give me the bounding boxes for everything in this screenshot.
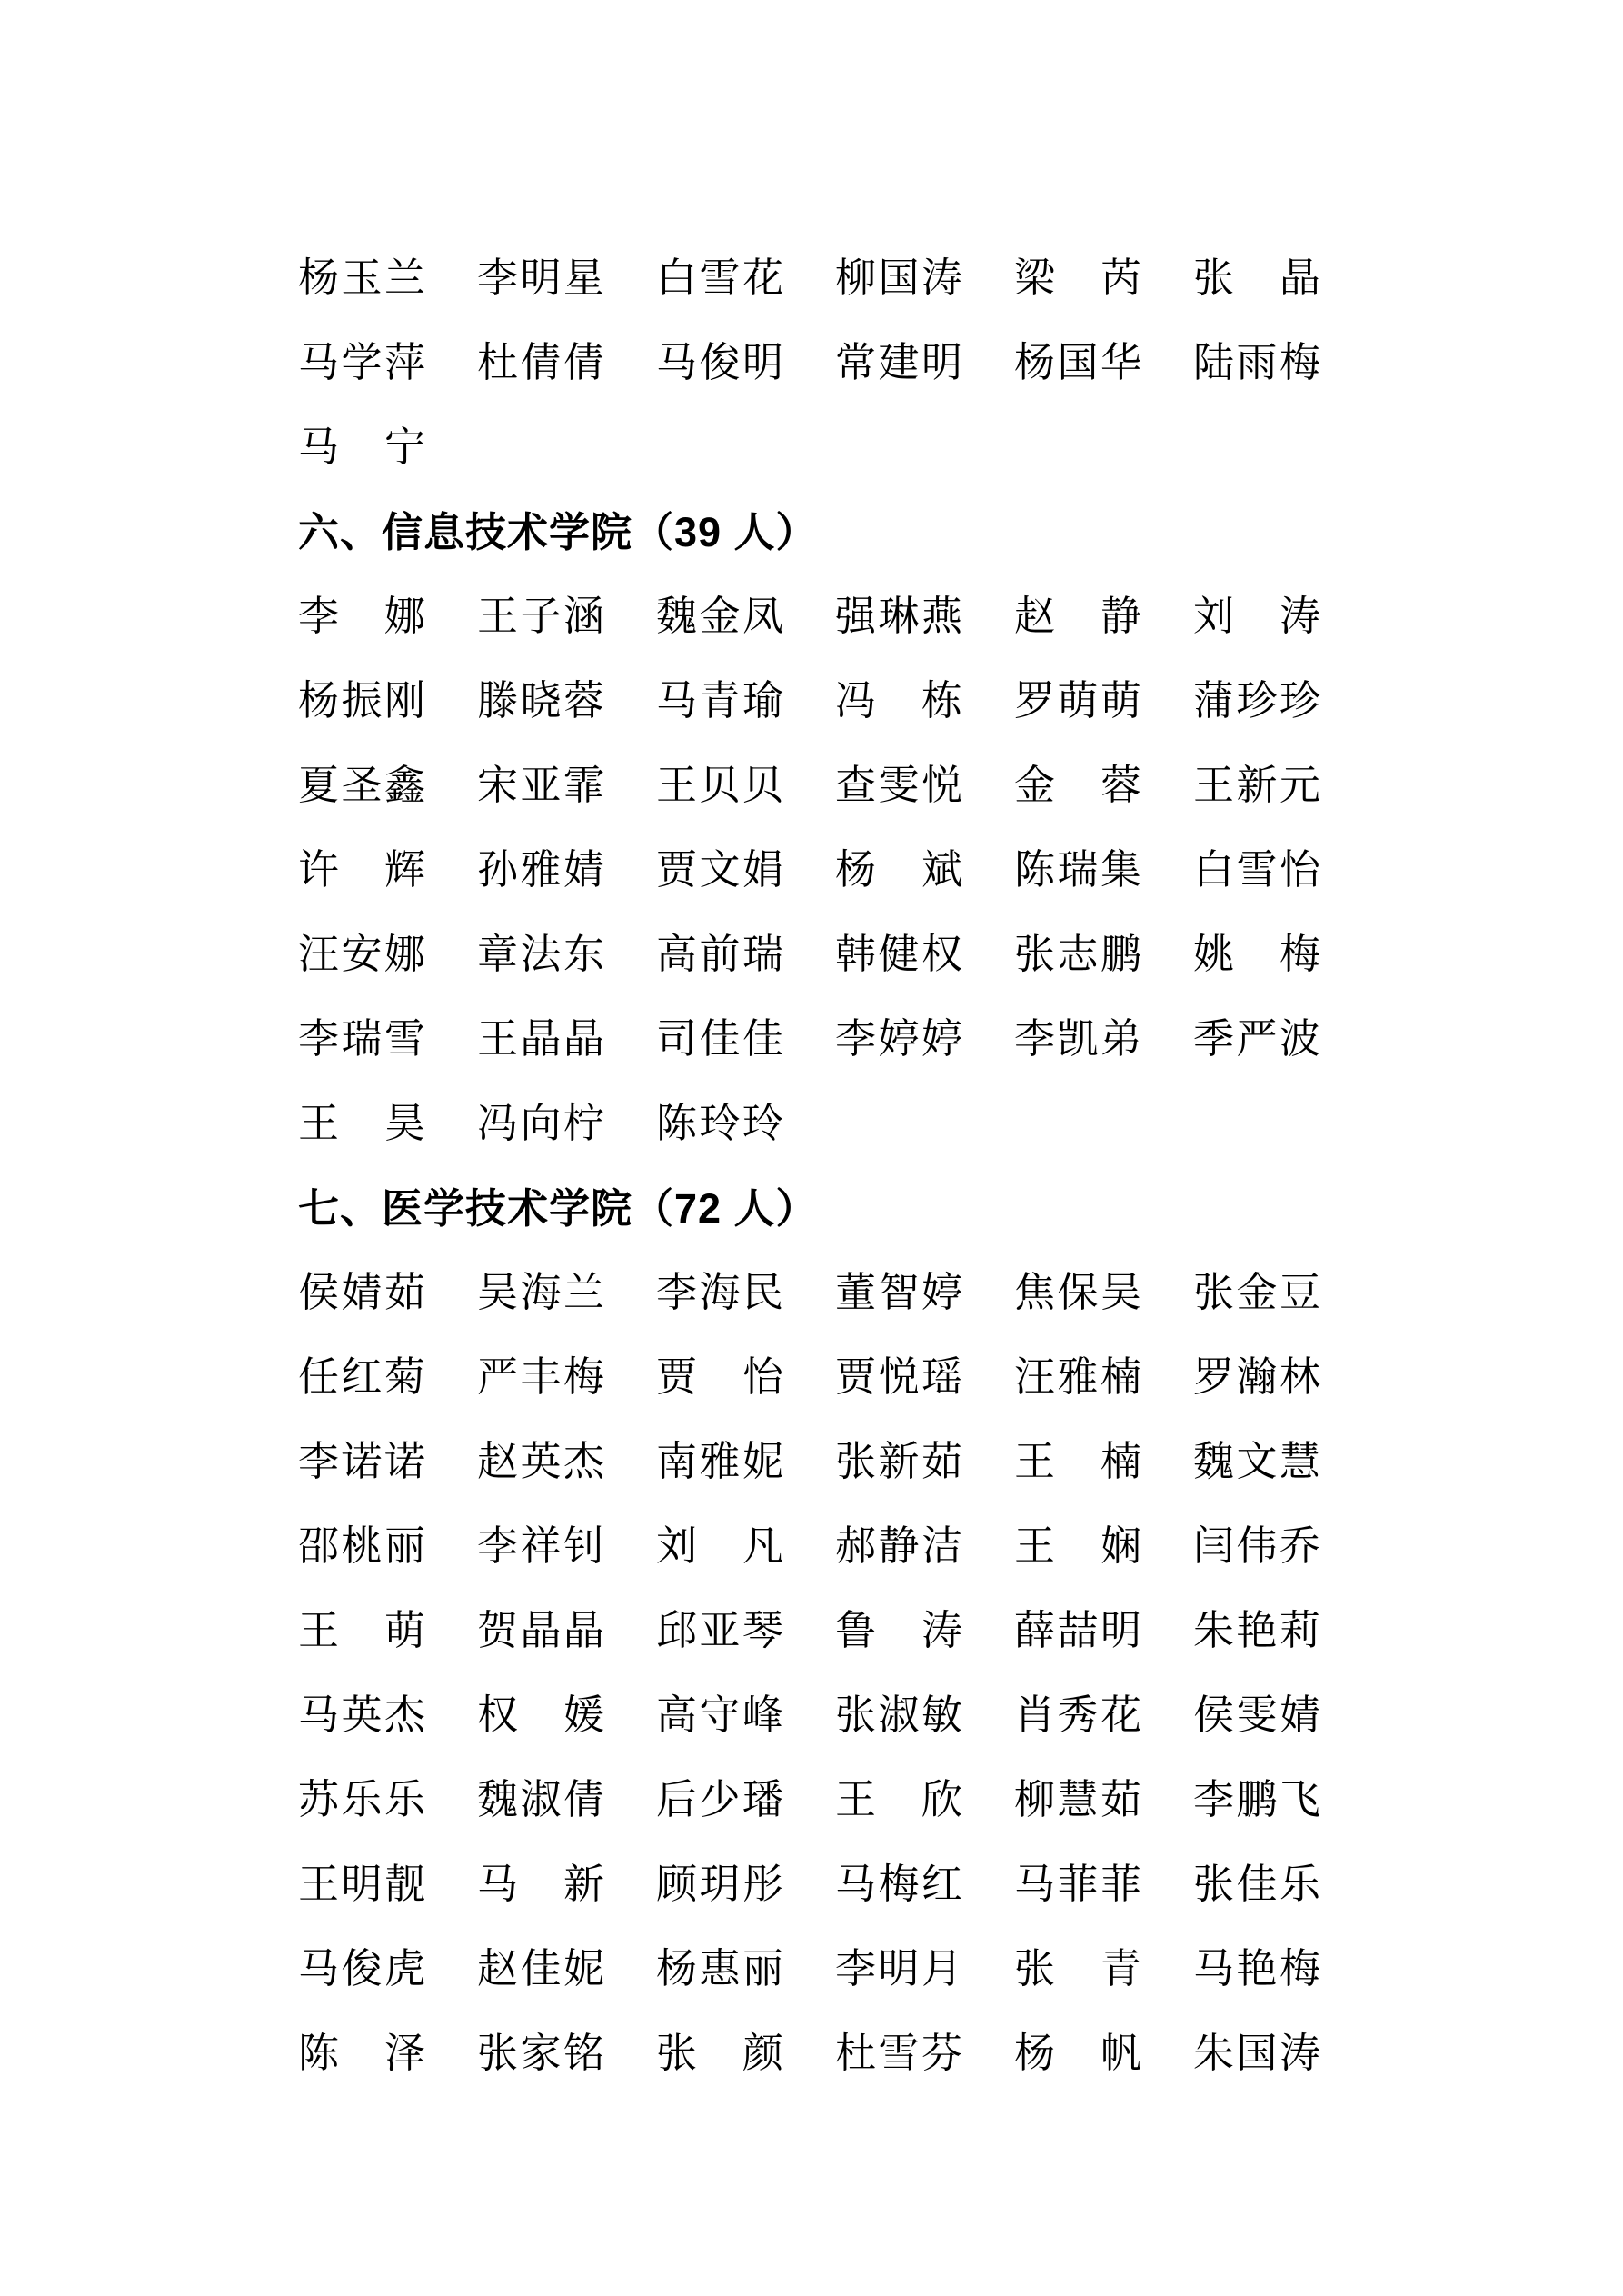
person-name: 宋亚霏 xyxy=(477,765,604,806)
person-name: 马艳梅 xyxy=(1193,1949,1320,1990)
person-name: 查雯悦 xyxy=(835,765,962,806)
person-name: 薛喆明 xyxy=(1014,1611,1141,1652)
person-name: 张佳乐 xyxy=(1193,1864,1320,1905)
person-name: 金蓉 xyxy=(1014,765,1141,806)
person-name: 马俊虎 xyxy=(298,1949,425,1990)
name-row: 杨振刚滕晓蓉马青瑜冯栋罗萌萌蒲珍珍 xyxy=(298,659,1334,744)
person-name: 焦保吴 xyxy=(1014,1273,1141,1313)
person-name: 杨惠丽 xyxy=(656,1949,783,1990)
person-name: 马青瑜 xyxy=(656,681,783,722)
name-row: 杨玉兰李明星白雪花柳国涛梁芮张晶 xyxy=(298,236,1334,321)
person-name: 闫伟乔 xyxy=(1193,1526,1320,1567)
person-name: 侯雯婧 xyxy=(1193,1695,1320,1736)
person-name: 任红菊 xyxy=(298,1357,425,1398)
person-name: 王明靓 xyxy=(298,1864,425,1905)
person-name: 杨帆 xyxy=(1014,2033,1141,2074)
person-name: 马菲菲 xyxy=(1014,1864,1141,1905)
name-row: 汪安娜章法东高前瑞韩健权张志鹏姚梅 xyxy=(298,913,1334,997)
person-name: 马英杰 xyxy=(298,1695,425,1736)
person-name: 鲁涛 xyxy=(835,1611,962,1652)
person-name: 白雪花 xyxy=(656,258,783,299)
name-row: 王萌贺晶晶邱亚琴鲁涛薛喆明朱艳莉 xyxy=(298,1589,1334,1673)
person-name: 陈玲玲 xyxy=(656,1103,783,1144)
person-name: 李明星 xyxy=(477,258,604,299)
person-name: 李祥钊 xyxy=(477,1526,604,1567)
person-name: 赵静 xyxy=(1014,596,1141,637)
person-name: 南雅妮 xyxy=(656,1442,783,1482)
person-name: 严丰梅 xyxy=(477,1357,604,1398)
person-name: 张颜 xyxy=(656,2033,783,2074)
person-name: 赵佳妮 xyxy=(477,1949,604,1990)
person-name: 常建明 xyxy=(835,343,962,384)
person-name: 韩健权 xyxy=(835,934,962,975)
person-name: 魏淑倩 xyxy=(477,1780,604,1821)
person-name: 柳国涛 xyxy=(835,258,962,299)
person-name: 杜倩倩 xyxy=(477,343,604,384)
person-name: 陈泽 xyxy=(298,2033,425,2074)
section-header-text: 六、信息技术学院（39 人） xyxy=(298,512,818,553)
person-name: 张青 xyxy=(1014,1949,1141,1990)
person-name: 滕晓蓉 xyxy=(477,681,604,722)
person-name: 张新茹 xyxy=(835,1442,962,1482)
person-name: 王晶晶 xyxy=(477,1019,604,1060)
person-name: 王楠 xyxy=(1014,1442,1141,1482)
person-name: 李诺诺 xyxy=(298,1442,425,1482)
person-name: 杜雪芬 xyxy=(835,2033,962,2074)
person-name: 朱国涛 xyxy=(1193,2033,1320,2074)
person-name: 顾玥彤 xyxy=(656,1864,783,1905)
person-name: 季严波 xyxy=(1193,1019,1320,1060)
person-name: 邵桃丽 xyxy=(298,1526,425,1567)
person-name: 贾悦瑶 xyxy=(835,1357,962,1398)
person-name: 李明月 xyxy=(835,1949,962,1990)
name-row: 李诺诺赵英杰南雅妮张新茹王楠魏文慧 xyxy=(298,1420,1334,1504)
person-name: 马宁 xyxy=(298,427,425,468)
person-name: 张志鹏 xyxy=(1014,934,1141,975)
person-name: 梁芮 xyxy=(1014,258,1141,299)
person-name: 陈瑞集 xyxy=(1014,850,1141,891)
person-name: 后少璠 xyxy=(656,1780,783,1821)
name-row: 王明靓马新顾玥彤马梅红马菲菲张佳乐 xyxy=(298,1842,1334,1927)
person-name: 罗瀚林 xyxy=(1193,1357,1320,1398)
name-row: 马俊虎赵佳妮杨惠丽李明月张青马艳梅 xyxy=(298,1927,1334,2011)
name-row: 邵桃丽李祥钊刘凡郝静洁王娴闫伟乔 xyxy=(298,1504,1334,1589)
person-name: 杨振刚 xyxy=(298,681,425,722)
person-name: 李海民 xyxy=(656,1273,783,1313)
person-name: 张晶 xyxy=(1193,258,1320,299)
person-name: 强琳燕 xyxy=(835,596,962,637)
person-name: 王子涵 xyxy=(477,596,604,637)
name-row: 夏圣鑫宋亚霏王贝贝查雯悦金蓉王新元 xyxy=(298,744,1334,828)
name-list-content: 杨玉兰李明星白雪花柳国涛梁芮张晶马学萍杜倩倩马俊明常建明杨国华陆雨梅马宁六、信息… xyxy=(298,236,1334,2096)
person-name: 苏乐乐 xyxy=(298,1780,425,1821)
person-name: 王昊 xyxy=(298,1103,425,1144)
section-header: 七、医学技术学院（72 人） xyxy=(298,1166,1334,1251)
person-name: 王萌 xyxy=(298,1611,425,1652)
person-name: 夏圣鑫 xyxy=(298,765,425,806)
person-name: 司佳佳 xyxy=(656,1019,783,1060)
person-name: 姚梅 xyxy=(1193,934,1320,975)
name-row: 苏乐乐魏淑倩后少璠王欣柳慧茹李鹏飞 xyxy=(298,1758,1334,1842)
person-name: 贾文娟 xyxy=(656,850,783,891)
person-name: 高守峰 xyxy=(656,1695,783,1736)
person-name: 张淑敏 xyxy=(835,1695,962,1736)
name-row: 任红菊严丰梅贾怡贾悦瑶汪雅楠罗瀚林 xyxy=(298,1335,1334,1420)
section-header: 六、信息技术学院（39 人） xyxy=(298,490,1334,574)
person-name: 王贝贝 xyxy=(656,765,783,806)
person-name: 冯向柠 xyxy=(477,1103,604,1144)
person-name: 王欣 xyxy=(835,1780,962,1821)
person-name: 杨斌 xyxy=(835,850,962,891)
person-name: 罗萌萌 xyxy=(1014,681,1141,722)
person-name: 蒲珍珍 xyxy=(1193,681,1320,722)
name-row: 李娜王子涵魏金凤强琳燕赵静刘涛 xyxy=(298,574,1334,659)
name-row: 马宁 xyxy=(298,405,1334,490)
person-name: 郝静洁 xyxy=(835,1526,962,1567)
person-name: 贾怡 xyxy=(656,1357,783,1398)
person-name: 孙雅婧 xyxy=(477,850,604,891)
person-name: 贺晶晶 xyxy=(477,1611,604,1652)
person-name: 马学萍 xyxy=(298,343,425,384)
name-row: 王昊冯向柠陈玲玲 xyxy=(298,1082,1334,1166)
person-name: 李娜 xyxy=(298,596,425,637)
person-name: 肖秀花 xyxy=(1014,1695,1141,1736)
person-name: 李婷婷 xyxy=(835,1019,962,1060)
name-row: 马英杰权媛高守峰张淑敏肖秀花侯雯婧 xyxy=(298,1673,1334,1758)
person-name: 魏文慧 xyxy=(1193,1442,1320,1482)
person-name: 马新 xyxy=(477,1864,604,1905)
name-row: 侯婧茹吴海兰李海民董智婷焦保吴张金豆 xyxy=(298,1251,1334,1335)
person-name: 高前瑞 xyxy=(656,934,783,975)
person-name: 赵英杰 xyxy=(477,1442,604,1482)
person-name: 刘凡 xyxy=(656,1526,783,1567)
person-name: 汪雅楠 xyxy=(1014,1357,1141,1398)
person-name: 章法东 xyxy=(477,934,604,975)
person-name: 董智婷 xyxy=(835,1273,962,1313)
person-name: 冯栋 xyxy=(835,681,962,722)
person-name: 许辉 xyxy=(298,850,425,891)
document-page: 杨玉兰李明星白雪花柳国涛梁芮张晶马学萍杜倩倩马俊明常建明杨国华陆雨梅马宁六、信息… xyxy=(0,0,1623,2296)
person-name: 白雪怡 xyxy=(1193,850,1320,891)
person-name: 马梅红 xyxy=(835,1864,962,1905)
person-name: 王娴 xyxy=(1014,1526,1141,1567)
name-row: 马学萍杜倩倩马俊明常建明杨国华陆雨梅 xyxy=(298,321,1334,405)
person-name: 朱艳莉 xyxy=(1193,1611,1320,1652)
person-name: 吴海兰 xyxy=(477,1273,604,1313)
person-name: 刘涛 xyxy=(1193,596,1320,637)
person-name: 杨国华 xyxy=(1014,343,1141,384)
person-name: 陆雨梅 xyxy=(1193,343,1320,384)
person-name: 杨玉兰 xyxy=(298,258,425,299)
name-row: 陈泽张家铭张颜杜雪芬杨帆朱国涛 xyxy=(298,2011,1334,2096)
person-name: 王新元 xyxy=(1193,765,1320,806)
person-name: 柳慧茹 xyxy=(1014,1780,1141,1821)
person-name: 马俊明 xyxy=(656,343,783,384)
person-name: 张金豆 xyxy=(1193,1273,1320,1313)
person-name: 权媛 xyxy=(477,1695,604,1736)
person-name: 汪安娜 xyxy=(298,934,425,975)
person-name: 邱亚琴 xyxy=(656,1611,783,1652)
person-name: 李鹏飞 xyxy=(1193,1780,1320,1821)
name-row: 李瑞雪王晶晶司佳佳李婷婷李凯弟季严波 xyxy=(298,997,1334,1082)
section-header-text: 七、医学技术学院（72 人） xyxy=(298,1188,818,1229)
person-name: 张家铭 xyxy=(477,2033,604,2074)
person-name: 魏金凤 xyxy=(656,596,783,637)
person-name: 李凯弟 xyxy=(1014,1019,1141,1060)
person-name: 侯婧茹 xyxy=(298,1273,425,1313)
person-name: 李瑞雪 xyxy=(298,1019,425,1060)
name-row: 许辉孙雅婧贾文娟杨斌陈瑞集白雪怡 xyxy=(298,828,1334,913)
